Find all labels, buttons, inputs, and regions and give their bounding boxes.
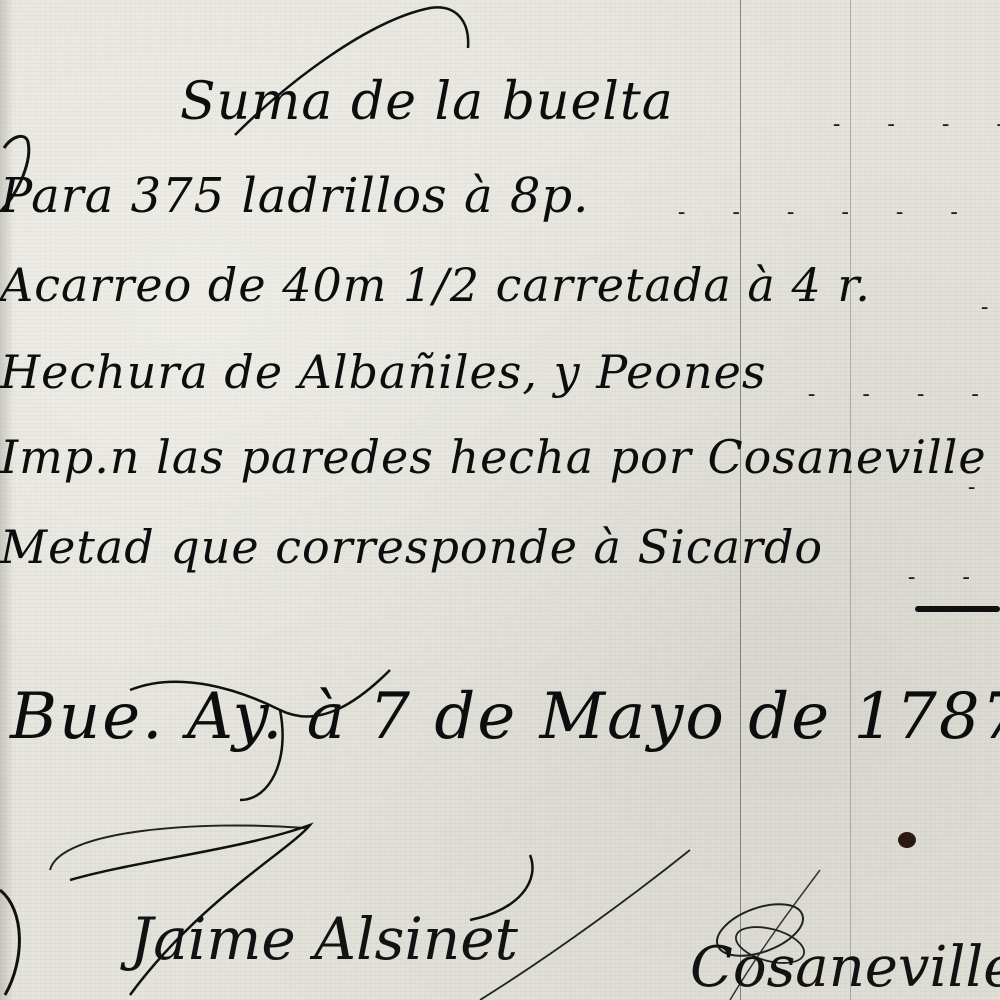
entry-line: Para 375 ladrillos à 8p. [0,168,589,224]
entry-leader: - - - - - - - [675,200,1000,225]
entry-line: Imp.n las paredes hecha por Cosaneville [0,430,987,484]
entry-leader: - - - - - - [805,382,1000,407]
ink-blot [898,832,916,848]
entry-leader: - [978,295,1000,320]
date-line: Bue. Ay. à 7 de Mayo de 1787 [10,680,1000,754]
heading-text: Suma de la buelta [180,72,674,132]
signature-cosaneville: Cosaneville [690,935,1000,1000]
entry-leader: - - [905,565,987,590]
page-edge-shadow [0,0,14,1000]
entry-line: Hechura de Albañiles, y Peones [0,345,766,399]
entry-line: Metad que corresponde à Sicardo [0,520,823,574]
total-underline [915,606,1000,612]
entry-leader: - [965,475,992,500]
entry-line: Acarreo de 40m 1/2 carretada à 4 r. [0,258,871,312]
signature-jaime-alsinet: Jaime Alsinet [130,905,518,973]
ledger-column-rule-1 [740,0,741,1000]
heading-leader: - - - - - - - [830,112,1000,137]
ledger-column-rule-2 [850,0,851,1000]
